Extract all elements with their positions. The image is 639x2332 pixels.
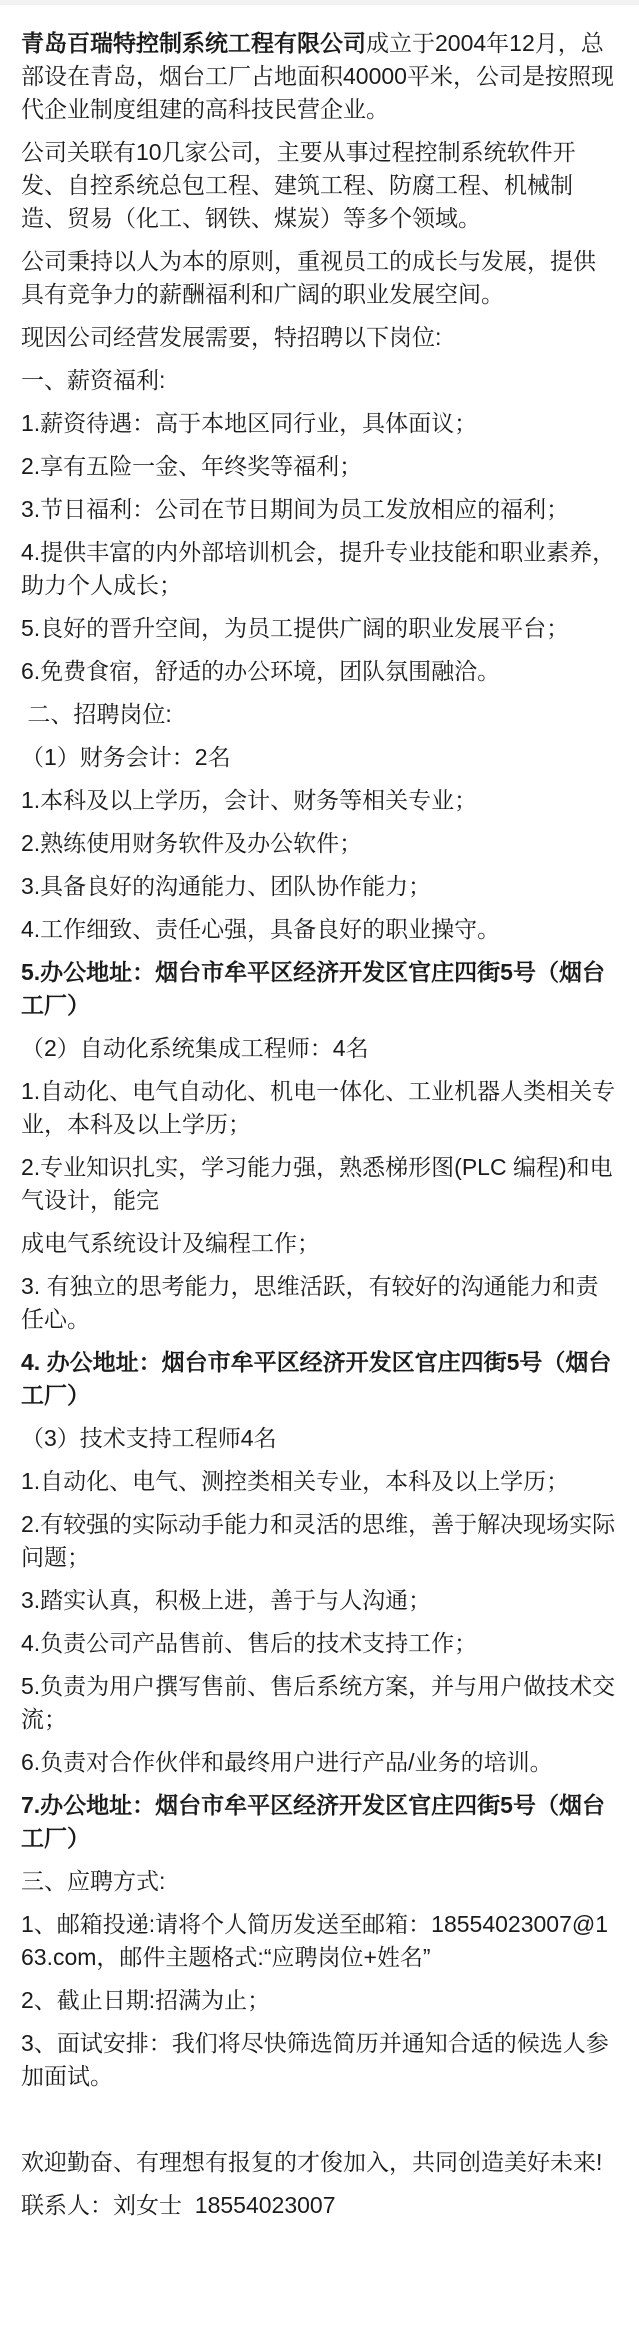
paragraph: 5.负责为用户撰写售前、售后系统方案，并与用户做技术交流； xyxy=(21,1670,618,1736)
text-run: 2.专业知识扎实，学习能力强，熟悉梯形图(PLC 编程)和电气设计，能完 xyxy=(21,1154,613,1213)
bold-text-run: 7.办公地址：烟台市牟平区经济开发区官庄四街5号（烟台工厂） xyxy=(21,1792,605,1851)
paragraph: （3）技术支持工程师4名 xyxy=(21,1422,618,1455)
text-run: 2.有较强的实际动手能力和灵活的思维，善于解决现场实际问题； xyxy=(21,1511,615,1570)
text-run: 6.免费食宿，舒适的办公环境，团队氛围融洽。 xyxy=(21,658,500,684)
text-run: 公司秉持以人为本的原则，重视员工的成长与发展，提供具有竞争力的薪酬福利和广阔的职… xyxy=(21,248,596,307)
paragraph: 6.负责对合作伙伴和最终用户进行产品/业务的培训。 xyxy=(21,1746,618,1779)
paragraph: 三、应聘方式: xyxy=(21,1865,618,1898)
job-posting-document: 青岛百瑞特控制系统工程有限公司成立于2004年12月，总部设在青岛，烟台工厂占地… xyxy=(0,5,639,2332)
text-run: 联系人：刘女士 18554023007 xyxy=(21,2192,336,2218)
text-run: 4.提供丰富的内外部培训机会，提升专业技能和职业素养，助力个人成长； xyxy=(21,539,615,598)
text-run: 1.自动化、电气自动化、机电一体化、工业机器人类相关专业，本科及以上学历； xyxy=(21,1078,615,1137)
paragraph: 联系人：刘女士 18554023007 xyxy=(21,2189,618,2222)
paragraph: 成电气系统设计及编程工作； xyxy=(21,1227,618,1260)
text-run: 5.负责为用户撰写售前、售后系统方案，并与用户做技术交流； xyxy=(21,1673,615,1732)
text-run: 1.薪资待遇：高于本地区同行业，具体面议； xyxy=(21,410,477,436)
paragraph: 4.工作细致、责任心强，具备良好的职业操守。 xyxy=(21,913,618,946)
text-run: 三、应聘方式: xyxy=(21,1868,165,1894)
paragraph: 公司秉持以人为本的原则，重视员工的成长与发展，提供具有竞争力的薪酬福利和广阔的职… xyxy=(21,245,618,311)
paragraph: 3.具备良好的沟通能力、团队协作能力； xyxy=(21,870,618,903)
text-run: 3.节日福利：公司在节日期间为员工发放相应的福利； xyxy=(21,496,569,522)
paragraph: 1.自动化、电气、测控类相关专业，本科及以上学历； xyxy=(21,1465,618,1498)
text-run: 欢迎勤奋、有理想有报复的才俊加入，共同创造美好未来! xyxy=(21,2149,602,2175)
paragraph: 6.免费食宿，舒适的办公环境，团队氛围融洽。 xyxy=(21,655,618,688)
text-run: （2）自动化系统集成工程师：4名 xyxy=(21,1035,369,1061)
paragraph: 公司关联有10几家公司，主要从事过程控制系统软件开发、自控系统总包工程、建筑工程… xyxy=(21,136,618,235)
paragraph: 1.本科及以上学历，会计、财务等相关专业； xyxy=(21,784,618,817)
text-run: 现因公司经营发展需要，特招聘以下岗位: xyxy=(21,324,441,350)
paragraph: 2.专业知识扎实，学习能力强，熟悉梯形图(PLC 编程)和电气设计，能完 xyxy=(21,1151,618,1217)
text-run: （1）财务会计：2名 xyxy=(21,744,231,770)
paragraph: （2）自动化系统集成工程师：4名 xyxy=(21,1032,618,1065)
text-run: 5.良好的晋升空间，为员工提供广阔的职业发展平台； xyxy=(21,615,569,641)
paragraph: 2.熟练使用财务软件及办公软件； xyxy=(21,827,618,860)
text-run: 公司关联有10几家公司，主要从事过程控制系统软件开发、自控系统总包工程、建筑工程… xyxy=(21,139,576,231)
paragraph: 4.负责公司产品售前、售后的技术支持工作； xyxy=(21,1627,618,1660)
paragraph: 2、截止日期:招满为止； xyxy=(21,1984,618,2017)
paragraph: 4. 办公地址：烟台市牟平区经济开发区官庄四街5号（烟台工厂） xyxy=(21,1346,618,1412)
paragraph: 2.有较强的实际动手能力和灵活的思维，善于解决现场实际问题； xyxy=(21,1508,618,1574)
paragraph: 3.踏实认真，积极上进，善于与人沟通； xyxy=(21,1584,618,1617)
text-run: 1、邮箱投递:请将个人简历发送至邮箱：18554023007@163.com，邮… xyxy=(21,1911,608,1970)
text-run: 2、截止日期:招满为止； xyxy=(21,1987,270,2013)
paragraph: 青岛百瑞特控制系统工程有限公司成立于2004年12月，总部设在青岛，烟台工厂占地… xyxy=(21,27,618,126)
paragraph: 1.薪资待遇：高于本地区同行业，具体面议； xyxy=(21,407,618,440)
paragraph: 1、邮箱投递:请将个人简历发送至邮箱：18554023007@163.com，邮… xyxy=(21,1908,618,1974)
blank-line xyxy=(21,2103,618,2136)
text-run: 3.具备良好的沟通能力、团队协作能力； xyxy=(21,873,431,899)
paragraph: 欢迎勤奋、有理想有报复的才俊加入，共同创造美好未来! xyxy=(21,2146,618,2179)
text-run: 4.工作细致、责任心强，具备良好的职业操守。 xyxy=(21,916,500,942)
text-run: 2.享有五险一金、年终奖等福利； xyxy=(21,453,362,479)
text-run: 6.负责对合作伙伴和最终用户进行产品/业务的培训。 xyxy=(21,1749,553,1775)
bold-text-run: 5.办公地址：烟台市牟平区经济开发区官庄四街5号（烟台工厂） xyxy=(21,959,605,1018)
paragraph: 5.良好的晋升空间，为员工提供广阔的职业发展平台； xyxy=(21,612,618,645)
paragraph: 二、招聘岗位: xyxy=(21,698,618,731)
paragraph: 7.办公地址：烟台市牟平区经济开发区官庄四街5号（烟台工厂） xyxy=(21,1789,618,1855)
text-run: （3）技术支持工程师4名 xyxy=(21,1425,277,1451)
document-body: 青岛百瑞特控制系统工程有限公司成立于2004年12月，总部设在青岛，烟台工厂占地… xyxy=(21,27,618,2222)
text-run: 3. 有独立的思考能力，思维活跃，有较好的沟通能力和责任心。 xyxy=(21,1273,599,1332)
text-run: 4.负责公司产品售前、售后的技术支持工作； xyxy=(21,1630,477,1656)
bold-text-run: 4. 办公地址：烟台市牟平区经济开发区官庄四街5号（烟台工厂） xyxy=(21,1349,611,1408)
paragraph: 3、面试安排：我们将尽快筛选简历并通知合适的候选人参加面试。 xyxy=(21,2027,618,2093)
text-run: 2.熟练使用财务软件及办公软件； xyxy=(21,830,362,856)
paragraph: 3.节日福利：公司在节日期间为员工发放相应的福利； xyxy=(21,493,618,526)
bold-text-run: 青岛百瑞特控制系统工程有限公司 xyxy=(21,30,366,56)
text-run: 1.自动化、电气、测控类相关专业，本科及以上学历； xyxy=(21,1468,569,1494)
paragraph: （1）财务会计：2名 xyxy=(21,741,618,774)
text-run: 1.本科及以上学历，会计、财务等相关专业； xyxy=(21,787,477,813)
text-run: 3.踏实认真，积极上进，善于与人沟通； xyxy=(21,1587,431,1613)
paragraph: 4.提供丰富的内外部培训机会，提升专业技能和职业素养，助力个人成长； xyxy=(21,536,618,602)
text-run: 成电气系统设计及编程工作； xyxy=(21,1230,320,1256)
paragraph: 3. 有独立的思考能力，思维活跃，有较好的沟通能力和责任心。 xyxy=(21,1270,618,1336)
paragraph: 5.办公地址：烟台市牟平区经济开发区官庄四街5号（烟台工厂） xyxy=(21,956,618,1022)
text-run: 一、薪资福利: xyxy=(21,367,165,393)
paragraph: 一、薪资福利: xyxy=(21,364,618,397)
paragraph: 2.享有五险一金、年终奖等福利； xyxy=(21,450,618,483)
paragraph: 现因公司经营发展需要，特招聘以下岗位: xyxy=(21,321,618,354)
text-run: 二、招聘岗位: xyxy=(21,701,172,727)
paragraph: 1.自动化、电气自动化、机电一体化、工业机器人类相关专业，本科及以上学历； xyxy=(21,1075,618,1141)
text-run: 3、面试安排：我们将尽快筛选简历并通知合适的候选人参加面试。 xyxy=(21,2030,609,2089)
